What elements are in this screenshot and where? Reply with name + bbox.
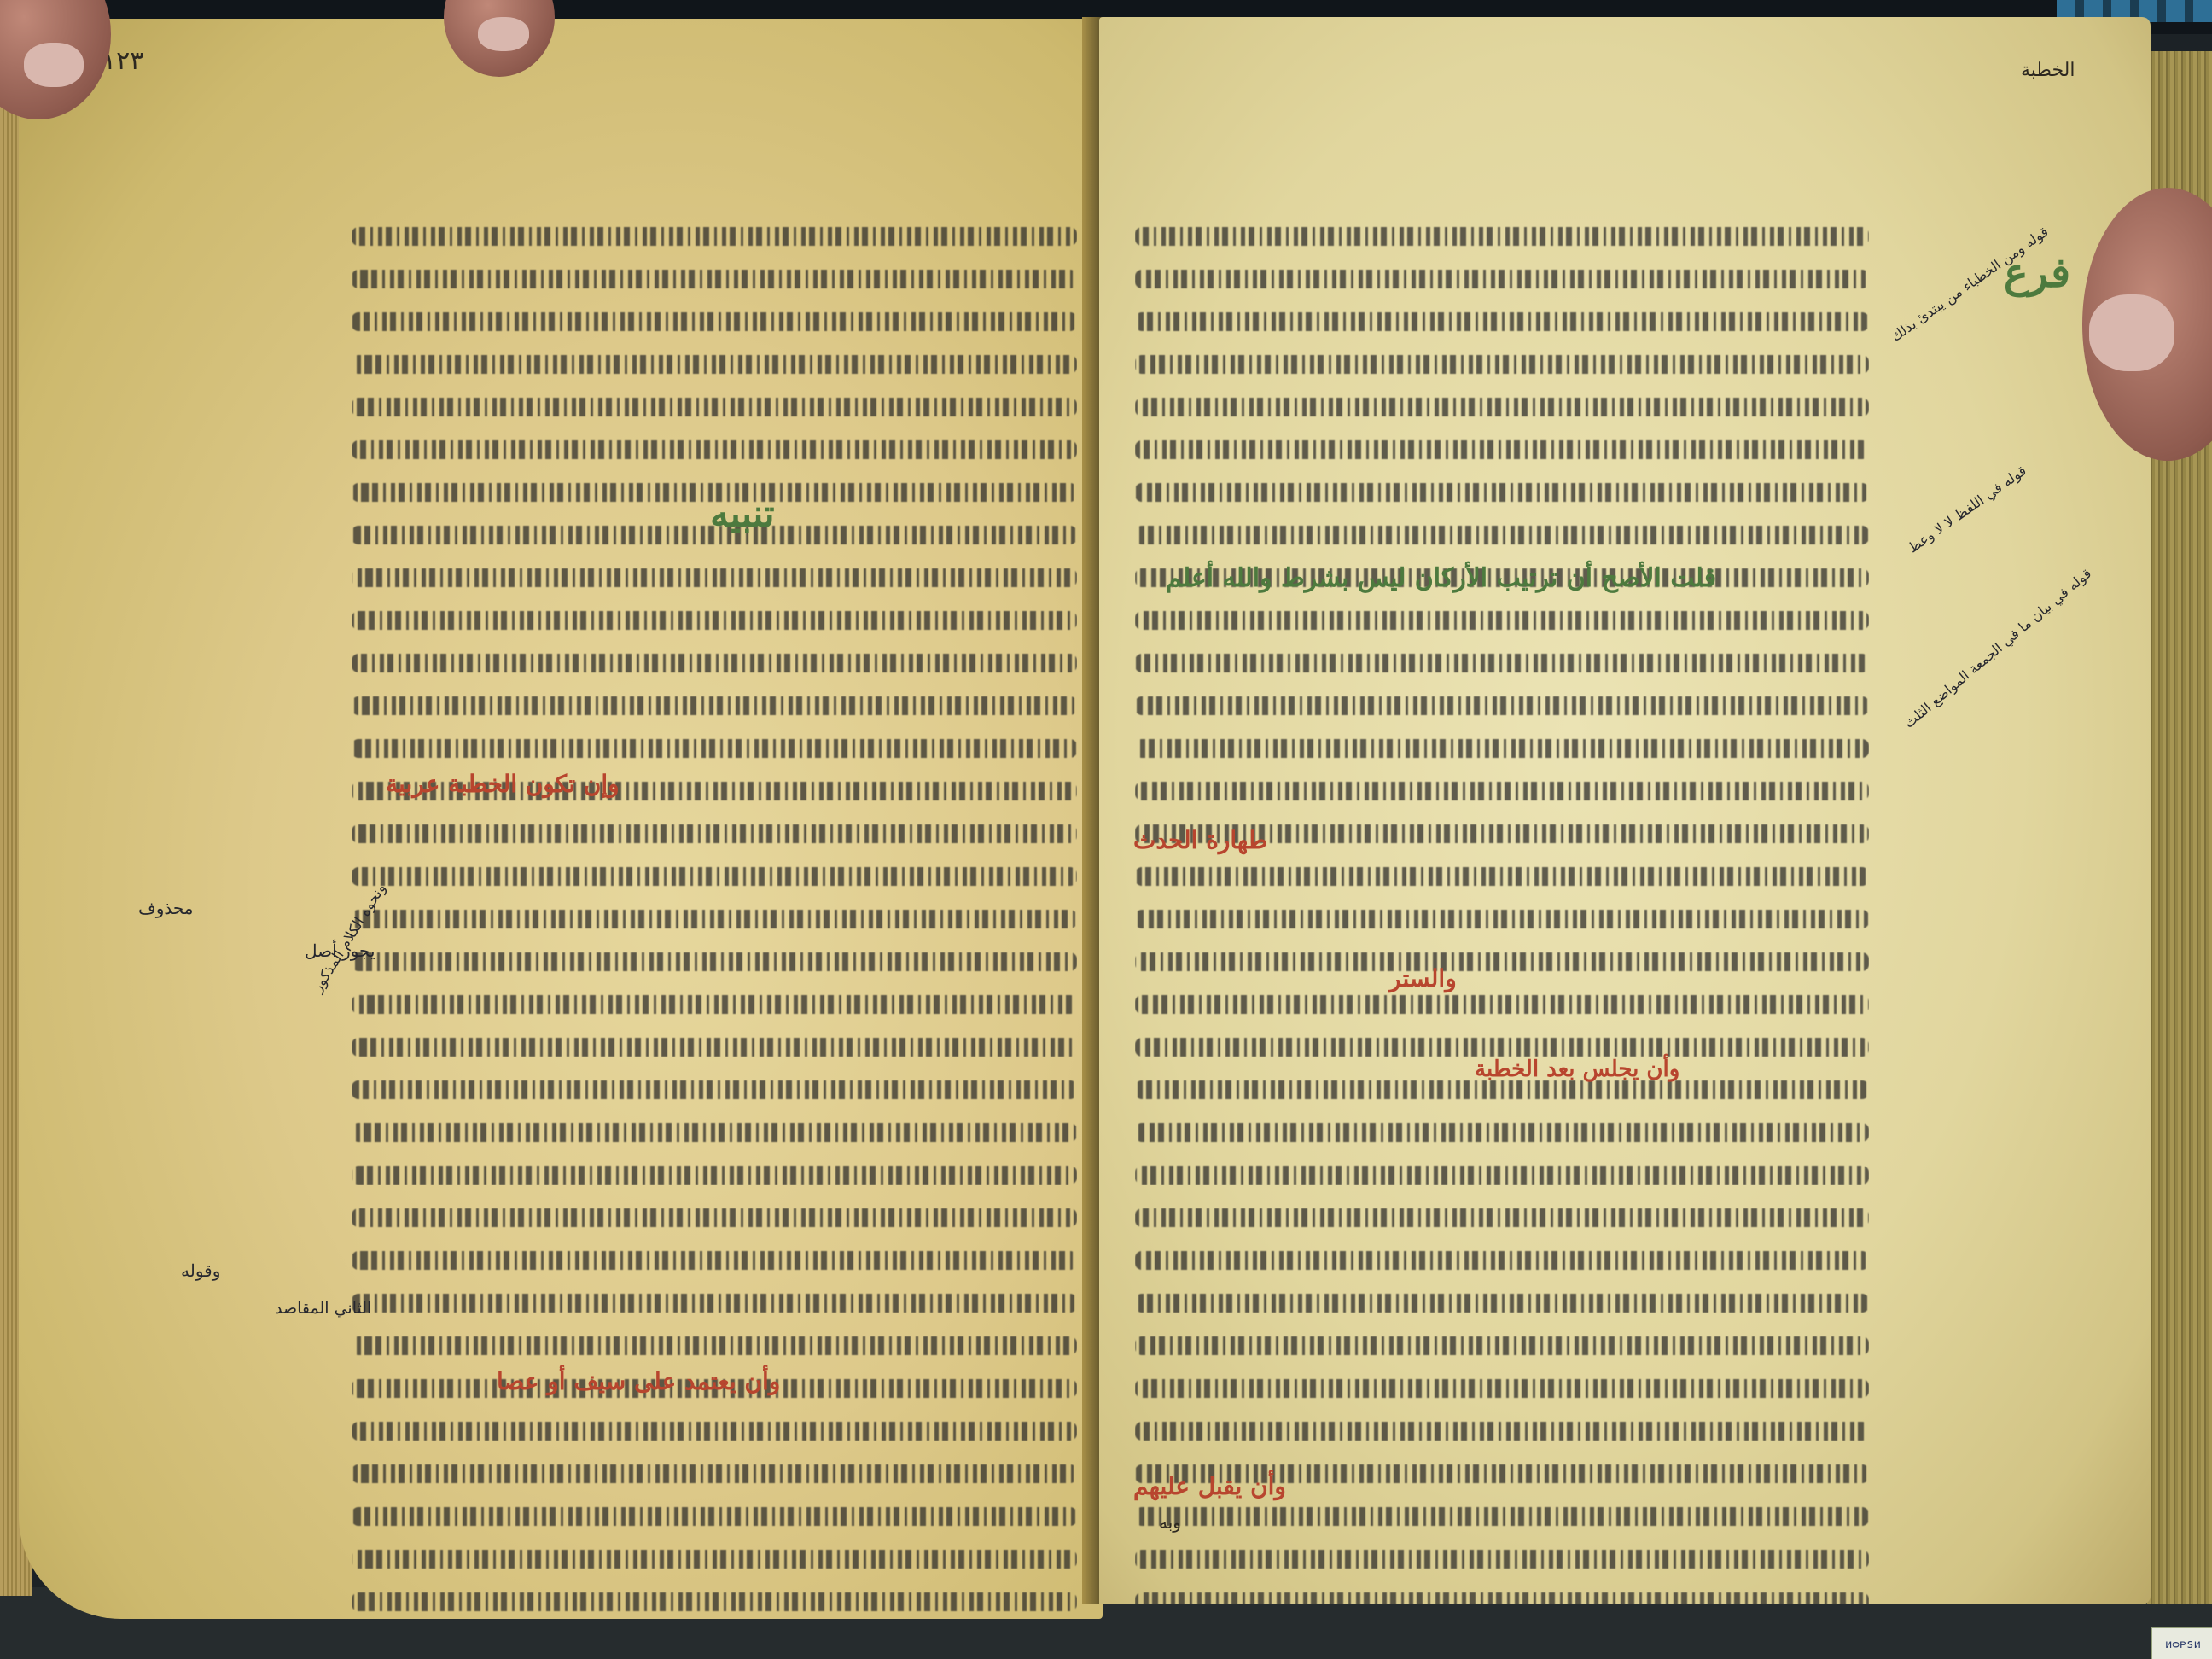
text-line: ولا ينعقد لإطالة وسجدة تلاوة أو شكر فيها… <box>1135 1324 1869 1367</box>
heading-rubric: والستر <box>1389 964 1457 992</box>
text-line: الذي ليس عليه ذر قطير ولا به عوج والا بط… <box>352 599 1077 642</box>
text-line: يوجه كلام الأولى على ما في الخطاب وظاهر … <box>352 215 1077 258</box>
text-line: يوجه كلام الأولى على ما في الخطاب وظاهر … <box>352 642 1077 684</box>
text-line: الذي ليس عليه ذر قطير ولا به عوج والا بط… <box>352 1239 1077 1282</box>
text-line: يوجه كلام الأولى على ما في الخطاب وظاهر … <box>352 855 1077 898</box>
text-line: المشهور بدعة وهو كذلك لأنه حدث بعد الصدر… <box>352 1154 1077 1196</box>
left-page: ١٢٣ يوجه كلام الأولى على ما في الخطاب وظ… <box>19 19 1103 1619</box>
fingernail <box>478 17 529 51</box>
text-line: ولا ينعقد لإطالة وسجدة تلاوة أو شكر فيها… <box>1135 684 1869 727</box>
text-line: المشهور بدعة وهو كذلك لأنه حدث بعد الصدر… <box>352 1580 1077 1619</box>
text-line: كان توقف حضورهم على ما بالمنارة تنبيه كل… <box>352 258 1077 300</box>
text-line: ان هذا لا يقبل فيه الا ما صح عن معصوم وأ… <box>1135 727 1869 770</box>
text-line: وسكوتهم عليه لا حجة فيه لعدم الكراهة لأن… <box>352 983 1077 1026</box>
catchword-bottom: وبه <box>1159 1512 1181 1533</box>
text-line: ولا ينعقد لإطالة وسجدة تلاوة أو شكر فيها… <box>1135 258 1869 300</box>
text-line: من الخطبة قائم مقامه ولم يعرض له ما يبطل… <box>1135 1239 1869 1282</box>
text-line: وسكوتهم عليه لا حجة فيه لعدم الكراهة لأن… <box>352 343 1077 386</box>
margin-note: يجوز أصل <box>305 940 375 961</box>
text-line: جوازه فيما لو استخلف من سمع ما مضى بأن ف… <box>1135 1196 1869 1239</box>
text-line: كان توقف حضورهم على ما بالمنارة تنبيه كل… <box>352 1324 1077 1367</box>
right-text-block: كان ولو لم يتلزم الجمعة بعد جلوس الإمام … <box>1135 215 1869 1604</box>
text-line: ان هذا لا يقبل فيه الا ما صح عن معصوم وأ… <box>1135 1580 1869 1604</box>
text-line: ان هذا لا يقبل فيه الا ما صح عن معصوم وأ… <box>1135 514 1869 556</box>
text-line: يوجه كلام الأولى على ما في الخطاب وظاهر … <box>352 1068 1077 1111</box>
heading-rubric: طهارة الحدث <box>1133 826 1267 854</box>
margin-note: قوله في اللفظ لا لا وعظ <box>1905 463 2029 556</box>
shelf-label: ᴎᴑᴘsᴎ <box>2151 1627 2212 1659</box>
text-line: ان هذا لا يقبل فيه الا ما صح عن معصوم وأ… <box>1135 940 1869 983</box>
text-line: ان هذا لا يقبل فيه الا ما صح عن معصوم وأ… <box>1135 300 1869 343</box>
text-line: المشهور بدعة وهو كذلك لأنه حدث بعد الصدر… <box>352 727 1077 770</box>
margin-note: محذوف <box>138 898 194 918</box>
text-line: ولا ينعقد لإطالة وسجدة تلاوة أو شكر فيها… <box>1135 471 1869 514</box>
text-line: الذي ليس عليه ذر قطير ولا به عوج والا بط… <box>352 386 1077 428</box>
text-line: من الخطبة قائم مقامه ولم يعرض له ما يبطل… <box>1135 599 1869 642</box>
text-line: ولا ينعقد لإطالة وسجدة تلاوة أو شكر فيها… <box>1135 898 1869 940</box>
text-line: كان توقف حضورهم على ما بالمنارة تنبيه كل… <box>352 898 1077 940</box>
text-line: المشهور بدعة وهو كذلك لأنه حدث بعد الصدر… <box>352 940 1077 983</box>
heading-rubric: وإن تكون الخطبة عربية <box>386 770 620 798</box>
heading-tanbih: تنبيه <box>710 492 775 536</box>
text-line: وسكوتهم عليه لا حجة فيه لعدم الكراهة لأن… <box>352 556 1077 599</box>
margin-note: وقوله <box>181 1260 220 1281</box>
heading-rubric: وأن يعتمد على سيف أو عصا <box>497 1367 780 1395</box>
text-line: ولا ينعقد لإطالة وسجدة تلاوة أو شكر فيها… <box>1135 1538 1869 1580</box>
text-line: يوجه كلام الأولى على ما في الخطاب وظاهر … <box>352 428 1077 471</box>
text-line: كان ولو لم يتلزم الجمعة بعد جلوس الإمام … <box>1135 428 1869 471</box>
text-line: وسكوتهم عليه لا حجة فيه لعدم الكراهة لأن… <box>352 1196 1077 1239</box>
margin-note: قوله في بيان ما في الجمعة المواضع الثلث <box>1901 565 2094 731</box>
text-line: وسكوتهم عليه لا حجة فيه لعدم الكراهة لأن… <box>352 1410 1077 1452</box>
text-line: ان هذا لا يقبل فيه الا ما صح عن معصوم وأ… <box>1135 1367 1869 1410</box>
text-line: جوازه فيما لو استخلف من سمع ما مضى بأن ف… <box>1135 343 1869 386</box>
left-text-block: يوجه كلام الأولى على ما في الخطاب وظاهر … <box>352 215 1077 1619</box>
text-line: كان ولو لم يتلزم الجمعة بعد جلوس الإمام … <box>1135 215 1869 258</box>
text-line: جوازه فيما لو استخلف من سمع ما مضى بأن ف… <box>1135 770 1869 812</box>
text-line: جوازه فيما لو استخلف من سمع ما مضى بأن ف… <box>1135 983 1869 1026</box>
text-line: كان ولو لم يتلزم الجمعة بعد جلوس الإمام … <box>1135 1282 1869 1324</box>
text-line: ان هذا لا يقبل فيه الا ما صح عن معصوم وأ… <box>1135 1154 1869 1196</box>
fingernail <box>2089 294 2174 371</box>
text-line: الذي ليس عليه ذر قطير ولا به عوج والا بط… <box>352 812 1077 855</box>
text-line: كان ولو لم يتلزم الجمعة بعد جلوس الإمام … <box>1135 642 1869 684</box>
text-line: الذي ليس عليه ذر قطير ولا به عوج والا بط… <box>352 1026 1077 1068</box>
text-line: كان ولو لم يتلزم الجمعة بعد جلوس الإمام … <box>1135 855 1869 898</box>
text-line: يوجه كلام الأولى على ما في الخطاب وظاهر … <box>352 1282 1077 1324</box>
text-line: كان توقف حضورهم على ما بالمنارة تنبيه كل… <box>352 684 1077 727</box>
heading-rubric: وأن يقبل عليهم <box>1133 1472 1286 1500</box>
heading-qultu: قلت الأصح أن ترتيب الأركان ليس بشرط والل… <box>1166 563 1716 593</box>
text-line: يوجه كلام الأولى على ما في الخطاب وظاهر … <box>352 1495 1077 1538</box>
text-line: كان ولو لم يتلزم الجمعة بعد جلوس الإمام … <box>1135 1495 1869 1538</box>
text-line: المشهور بدعة وهو كذلك لأنه حدث بعد الصدر… <box>352 300 1077 343</box>
fingernail <box>24 43 84 87</box>
margin-note: الثاني المقاصد <box>275 1299 371 1318</box>
text-line: ولا ينعقد لإطالة وسجدة تلاوة أو شكر فيها… <box>1135 1111 1869 1154</box>
text-line: جوازه فيما لو استخلف من سمع ما مضى بأن ف… <box>1135 1410 1869 1452</box>
text-line: كان توقف حضورهم على ما بالمنارة تنبيه كل… <box>352 1538 1077 1580</box>
catchword-top: الخطبة <box>2021 60 2075 81</box>
right-page: الخطبة كان ولو لم يتلزم الجمعة بعد جلوس … <box>1099 17 2151 1604</box>
text-line: كان توقف حضورهم على ما بالمنارة تنبيه كل… <box>352 1111 1077 1154</box>
text-line: الذي ليس عليه ذر قطير ولا به عوج والا بط… <box>352 1452 1077 1495</box>
heading-rubric: وأن يجلس بعد الخطبة <box>1475 1057 1679 1082</box>
text-line: من الخطبة قائم مقامه ولم يعرض له ما يبطل… <box>1135 386 1869 428</box>
